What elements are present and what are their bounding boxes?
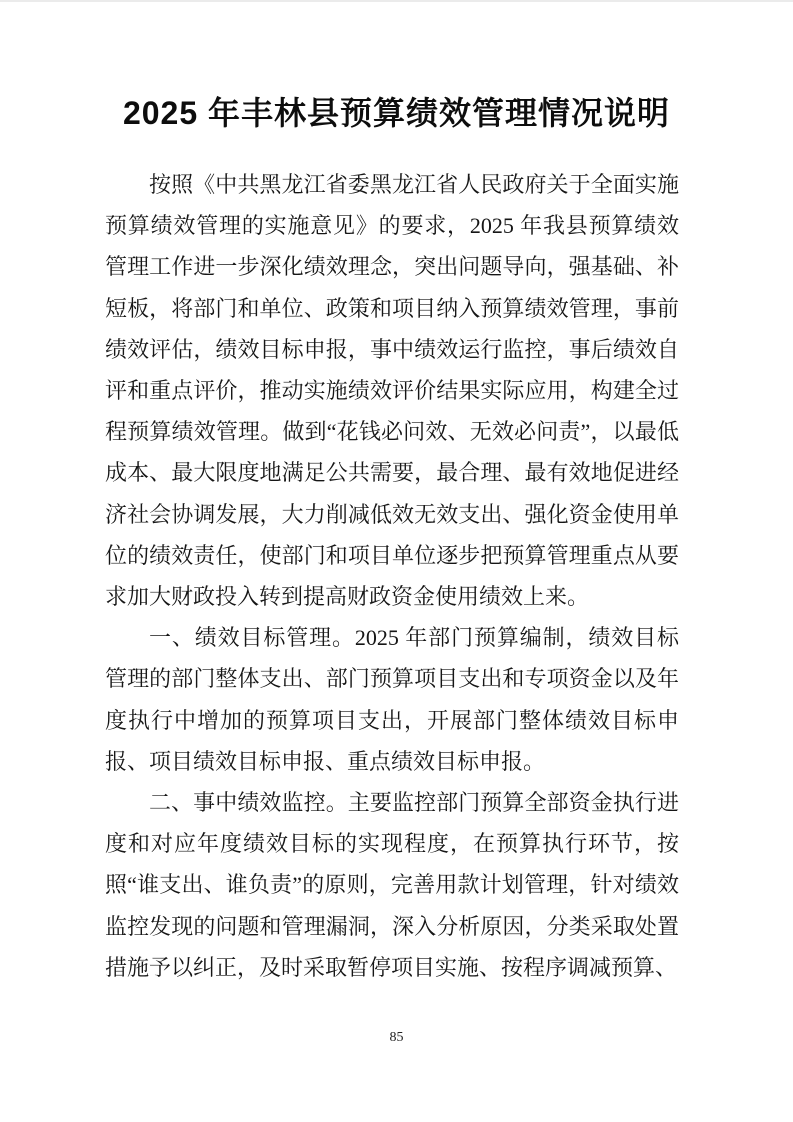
page-number: 85 — [0, 1030, 793, 1046]
document-page: 2025 年丰林县预算绩效管理情况说明 按照《中共黑龙江省委黑龙江省人民政府关于… — [0, 0, 793, 1122]
page-top-edge — [0, 0, 793, 2]
document-title: 2025 年丰林县预算绩效管理情况说明 — [0, 88, 793, 134]
paragraph-intro: 按照《中共黑龙江省委黑龙江省人民政府关于全面实施预算绩效管理的实施意见》的要求，… — [105, 164, 679, 617]
document-body: 按照《中共黑龙江省委黑龙江省人民政府关于全面实施预算绩效管理的实施意见》的要求，… — [105, 164, 679, 988]
paragraph-mid-performance-monitoring: 二、事中绩效监控。主要监控部门预算全部资金执行进度和对应年度绩效目标的实现程度，… — [105, 782, 679, 988]
paragraph-performance-goal-management: 一、绩效目标管理。2025 年部门预算编制，绩效目标管理的部门整体支出、部门预算… — [105, 617, 679, 782]
